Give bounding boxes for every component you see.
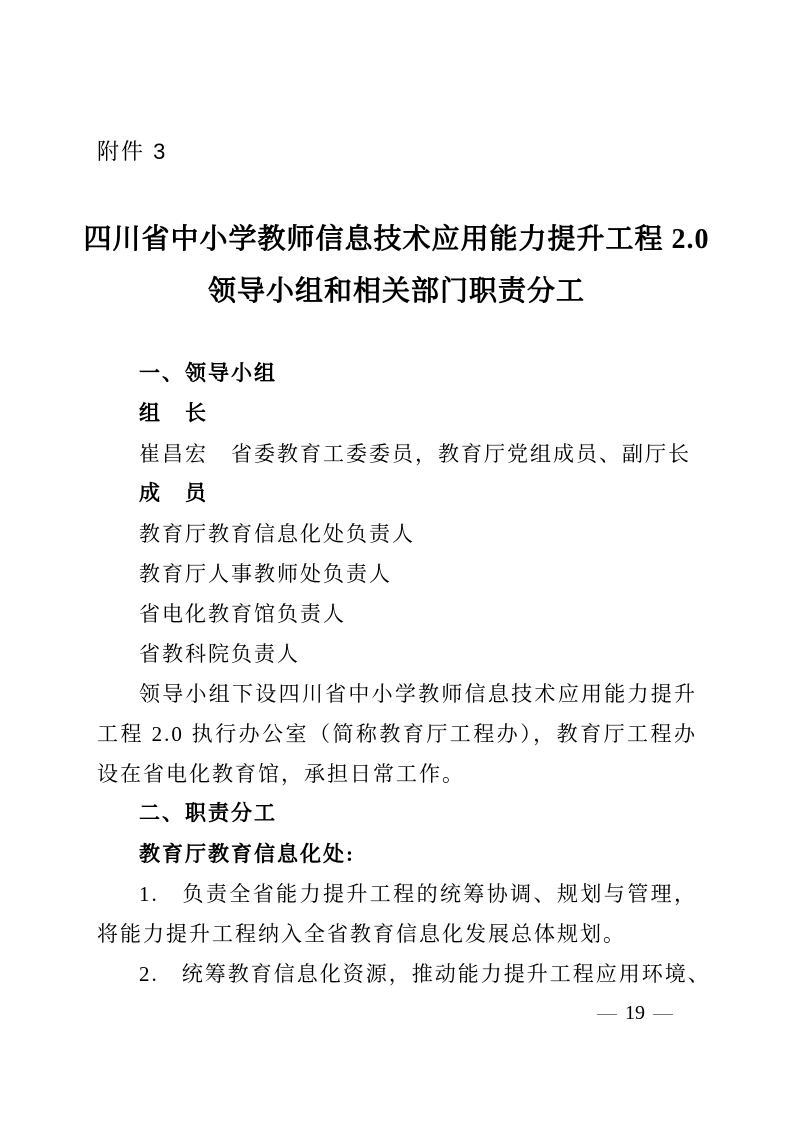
duty-item: 1. 负责全省能力提升工程的统筹协调、规划与管理，将能力提升工程纳入全省教育信息… xyxy=(97,874,697,954)
page-footer: —19— xyxy=(589,1000,681,1026)
duty-item: 2. 统筹教育信息化资源，推动能力提升工程应用环境、资 xyxy=(97,954,697,994)
footer-dash-right: — xyxy=(645,1002,681,1024)
section-heading-leadership: 一、领导小组 xyxy=(97,354,697,394)
title-line-2: 领导小组和相关部门职责分工 xyxy=(0,266,793,318)
footer-dash-left: — xyxy=(589,1002,625,1024)
member-entry: 教育厅教育信息化处负责人 xyxy=(97,514,697,554)
member-entry: 教育厅人事教师处负责人 xyxy=(97,554,697,594)
office-paragraph: 领导小组下设四川省中小学教师信息技术应用能力提升工程 2.0 执行办公室（简称教… xyxy=(97,674,697,794)
member-entry: 省电化教育馆负责人 xyxy=(97,594,697,634)
leader-entry: 崔昌宏 省委教育工委委员，教育厅党组成员、副厅长 xyxy=(97,434,697,474)
document-page: 附件 3 四川省中小学教师信息技术应用能力提升工程 2.0 领导小组和相关部门职… xyxy=(0,0,793,1122)
role-label-members: 成 员 xyxy=(97,474,697,514)
document-body: 一、领导小组 组 长 崔昌宏 省委教育工委委员，教育厅党组成员、副厅长 成 员 … xyxy=(97,354,697,994)
role-label-leader: 组 长 xyxy=(97,394,697,434)
attachment-label: 附件 3 xyxy=(97,138,793,166)
department-subheading: 教育厅教育信息化处: xyxy=(97,834,697,874)
member-entry: 省教科院负责人 xyxy=(97,634,697,674)
document-title: 四川省中小学教师信息技术应用能力提升工程 2.0 领导小组和相关部门职责分工 xyxy=(0,214,793,318)
page-number: 19 xyxy=(625,1002,645,1024)
title-line-1: 四川省中小学教师信息技术应用能力提升工程 2.0 xyxy=(0,214,793,266)
section-heading-duties: 二、职责分工 xyxy=(97,794,697,834)
